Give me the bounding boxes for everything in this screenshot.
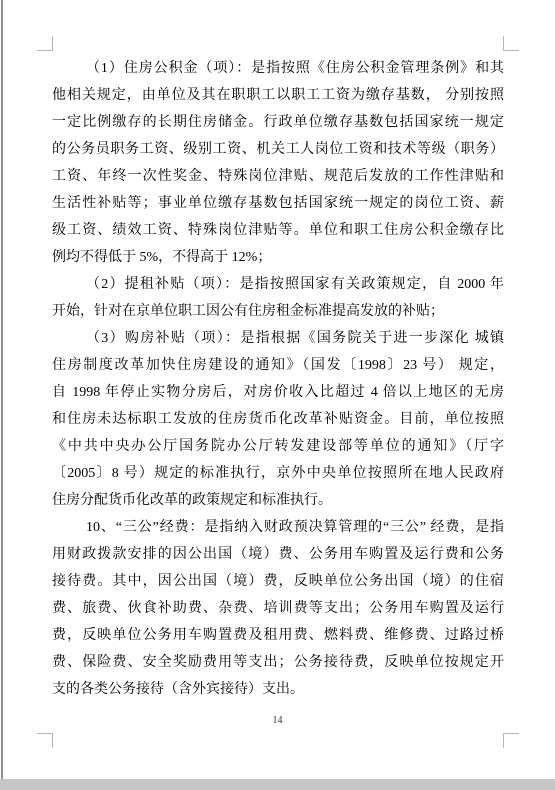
text-line: 10、“三公”经费：是指纳入财政预决算管理的“三公” 经费，是指: [52, 514, 504, 541]
text-line: 自 1998 年停止实物分房后，对房价收入比超过 4 倍以上地区的无房: [52, 379, 504, 406]
crop-mark-bottom-left-icon: [37, 733, 53, 748]
text-line: 《中共中央办公厅国务院办公厅转发建设部等单位的通知》（厅字: [52, 433, 504, 460]
document-page: （1）住房公积金（项）：是指按照《住房公积金管理条例》和其 他相关规定，由单位及…: [0, 0, 555, 790]
crop-mark-top-left-icon: [37, 36, 53, 51]
text-line: 级工资、绩效工资、特殊岗位津贴等。单位和职工住房公积金缴存比: [52, 217, 504, 244]
text-line: 开始，针对在京单位职工因公有住房租金标准提高发放的补贴；: [52, 298, 504, 325]
text-line: 他相关规定，由单位及其在职职工以职工工资为缴存基数， 分别按照: [52, 82, 504, 109]
text-line: 用财政拨款安排的因公出国（境）费、公务用车购置及运行费和公务: [52, 541, 504, 568]
text-line: 〔2005〕8 号）规定的标准执行，京外中央单位按照所在地人民政府: [52, 460, 504, 487]
text-line: 住房制度改革加快住房建设的通知》（国发〔1998〕23 号） 规定，: [52, 352, 504, 379]
body-text: （1）住房公积金（项）：是指按照《住房公积金管理条例》和其 他相关规定，由单位及…: [52, 55, 504, 703]
text-line: （1）住房公积金（项）：是指按照《住房公积金管理条例》和其: [52, 55, 504, 82]
crop-mark-bottom-right-icon: [503, 733, 519, 748]
text-line: 费、旅费、伙食补助费、杂费、培训费等支出；公务用车购置及运行: [52, 595, 504, 622]
text-line: 例均不得低于 5%，不得高于 12%；: [52, 244, 504, 271]
page-number: 14: [0, 715, 555, 726]
text-line: （2）提租补贴（项）：是指按照国家有关政策规定，自 2000 年: [52, 271, 504, 298]
text-line: 费、保险费、安全奖励费用等支出；公务接待费，反映单位按规定开: [52, 649, 504, 676]
text-line: 接待费。其中，因公出国（境）费，反映单位公务出国（境）的住宿: [52, 568, 504, 595]
text-line: 和住房未达标职工发放的住房货币化改革补贴资金。目前，单位按照: [52, 406, 504, 433]
text-line: 工资、年终一次性奖金、特殊岗位津贴、规范后发放的工作性津贴和: [52, 163, 504, 190]
text-line: （3）购房补贴（项）：是指根据《国务院关于进一步深化 城镇: [52, 325, 504, 352]
text-line: 一定比例缴存的长期住房储金。行政单位缴存基数包括国家统一规定: [52, 109, 504, 136]
text-line: 生活性补贴等；事业单位缴存基数包括国家统一规定的岗位工资、薪: [52, 190, 504, 217]
crop-mark-top-right-icon: [503, 36, 519, 51]
page-left-edge: [1, 0, 3, 779]
text-line: 的公务员职务工资、级别工资、机关工人岗位工资和技术等级（职务）: [52, 136, 504, 163]
text-line: 支的各类公务接待（含外宾接待）支出。: [52, 676, 504, 703]
page-bottom-gap: [0, 779, 555, 790]
text-line: 住房分配货币化改革的政策规定和标准执行。: [52, 487, 504, 514]
text-line: 费，反映单位公务用车购置费及租用费、燃料费、维修费、过路过桥: [52, 622, 504, 649]
